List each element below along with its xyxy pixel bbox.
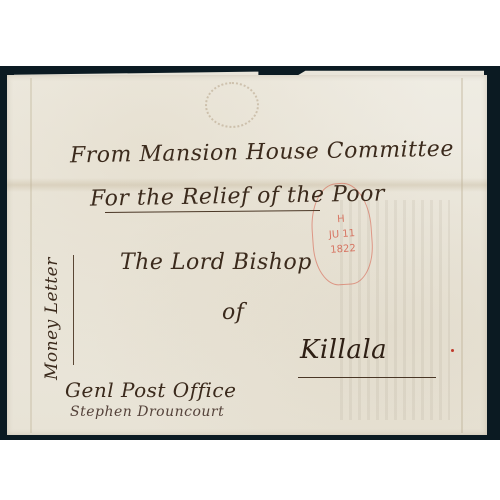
blind-embossed-mark [205, 82, 259, 128]
clerk-signature: Stephen Drouncourt [70, 404, 224, 420]
right-fold-line [461, 78, 463, 433]
red-ink-speck [451, 349, 454, 352]
money-letter-rule [73, 255, 74, 365]
underline-place [298, 377, 436, 378]
address-line-recipient: The Lord Bishop [120, 250, 312, 275]
address-line-relief: For the Relief of the Poor [90, 181, 385, 211]
postmark-line-1: H [337, 213, 345, 224]
address-line-of: of [222, 300, 244, 325]
postmark-line-2: JU 11 [329, 228, 356, 241]
post-office-annotation: Genl Post Office [65, 378, 236, 402]
postmark-line-3: 1822 [330, 243, 356, 256]
left-fold-line [30, 78, 32, 433]
money-letter-annotation: Money Letter [42, 257, 62, 380]
address-line-place: Killala [300, 335, 387, 365]
